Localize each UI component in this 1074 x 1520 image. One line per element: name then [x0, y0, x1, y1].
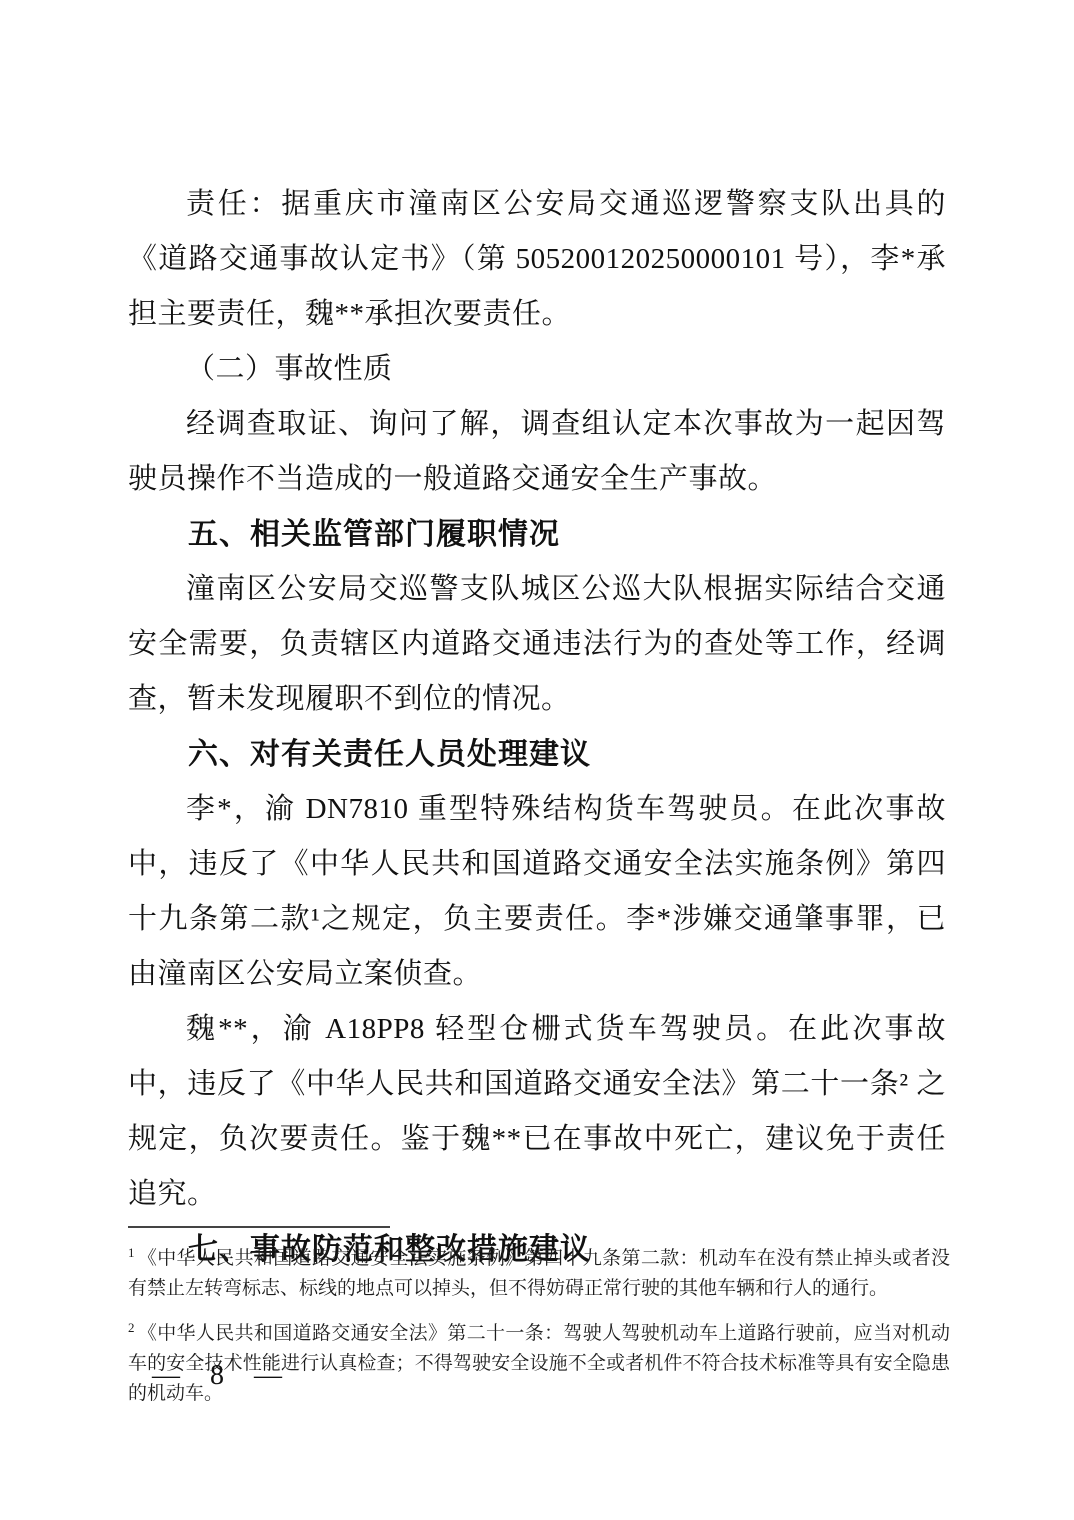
heading-section-6-personnel-handling: 六、对有关责任人员处理建议	[128, 727, 946, 782]
document-body: 责任：据重庆市潼南区公安局交通巡逻警察支队出具的《道路交通事故认定书》（第 50…	[128, 177, 946, 1277]
page-number: 8	[210, 1356, 224, 1396]
paragraph-responsibility-determination: 责任：据重庆市潼南区公安局交通巡逻警察支队出具的《道路交通事故认定书》（第 50…	[128, 177, 946, 342]
footnote-1: 1《中华人民共和国道路交通安全法实施条例》第四十九条第二款：机动车在没有禁止掉头…	[128, 1244, 950, 1304]
paragraph-accident-nature: 经调查取证、询问了解，调查组认定本次事故为一起因驾驶员操作不当造成的一般道路交通…	[128, 397, 946, 507]
paragraph-driver-wei: 魏**，渝 A18PP8 轻型仓栅式货车驾驶员。在此次事故中，违反了《中华人民共…	[128, 1002, 946, 1222]
footnote-separator-line	[128, 1226, 390, 1228]
footnote-1-marker: 1	[128, 1245, 135, 1260]
footer-dash-right: —	[254, 1356, 282, 1396]
paragraph-driver-li: 李*，渝 DN7810 重型特殊结构货车驾驶员。在此次事故中，违反了《中华人民共…	[128, 782, 946, 1002]
footnote-2-marker: 2	[128, 1320, 135, 1335]
footer-dash-left: —	[152, 1356, 180, 1396]
footnotes-section: 1《中华人民共和国道路交通安全法实施条例》第四十九条第二款：机动车在没有禁止掉头…	[128, 1244, 950, 1424]
document-page: 责任：据重庆市潼南区公安局交通巡逻警察支队出具的《道路交通事故认定书》（第 50…	[0, 0, 1074, 1520]
paragraph-regulatory-duty: 潼南区公安局交巡警支队城区公巡大队根据实际结合交通安全需要，负责辖区内道路交通违…	[128, 562, 946, 727]
page-footer: — 8 —	[152, 1356, 282, 1396]
footnote-1-text: 《中华人民共和国道路交通安全法实施条例》第四十九条第二款：机动车在没有禁止掉头或…	[128, 1248, 950, 1299]
subheading-accident-nature: （二）事故性质	[128, 342, 946, 397]
heading-section-5-regulatory-duty: 五、相关监管部门履职情况	[128, 507, 946, 562]
